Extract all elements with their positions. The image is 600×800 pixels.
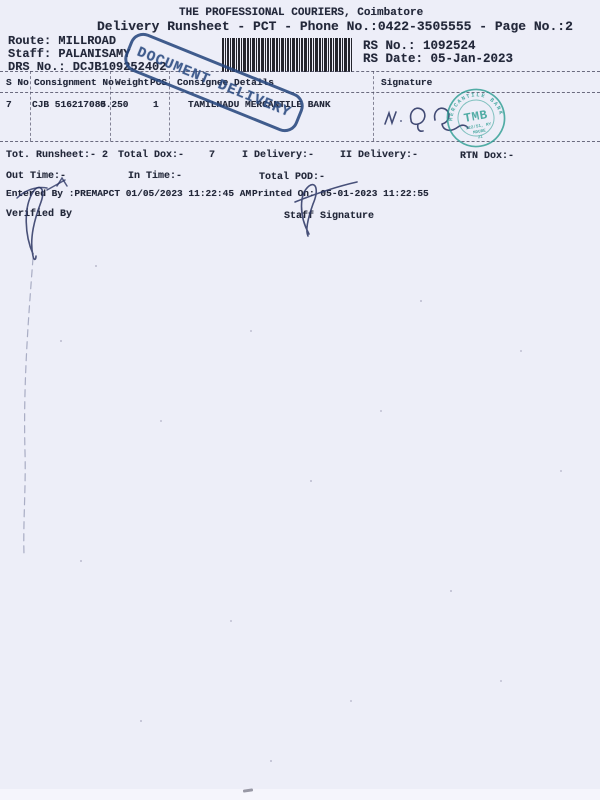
company-title: THE PROFESSIONAL COURIERS, Coimbatore xyxy=(179,7,423,19)
total-dox-label: Total Dox:- xyxy=(118,150,184,161)
scanned-delivery-runsheet: THE PROFESSIONAL COURIERS, Coimbatore De… xyxy=(0,0,600,800)
total-dox-value: 7 xyxy=(209,150,215,161)
col-header-weight: Weight xyxy=(115,78,149,88)
staff-signature-scribble xyxy=(283,178,373,240)
row-weight: 0.250 xyxy=(100,100,129,110)
ii-delivery: II Delivery:- xyxy=(340,150,418,161)
row-pcs: 1 xyxy=(153,100,159,110)
col-header-signature: Signature xyxy=(381,78,432,88)
col-header-consignment: Consignment No xyxy=(34,78,114,88)
row-consignment: CJB 516217085 xyxy=(32,100,106,110)
barcode xyxy=(222,38,352,72)
table-col-divider xyxy=(373,71,374,141)
verified-by-scribble xyxy=(3,172,83,562)
i-delivery: I Delivery:- xyxy=(242,150,314,161)
runsheet-subtitle: Delivery Runsheet - PCT - Phone No.:0422… xyxy=(97,20,573,34)
scan-speckles xyxy=(0,0,2,2)
col-header-sno: S No xyxy=(6,78,29,88)
table-header-rule xyxy=(0,92,600,93)
bank-round-stamp: MERCANTILE BANK TMB 122/51, RY MDURE 21 xyxy=(439,81,513,155)
rs-date-line: RS Date: 05-Jan-2023 xyxy=(363,53,513,67)
rtn-dox: RTN Dox:- xyxy=(460,151,514,162)
bank-stamp-line3: 21 xyxy=(478,136,484,141)
row-sno: 7 xyxy=(6,100,12,110)
in-time: In Time:- xyxy=(128,171,182,182)
scan-edge-strip xyxy=(0,789,600,800)
total-runsheet: Tot. Runsheet:- 2 xyxy=(6,150,108,161)
table-col-divider xyxy=(30,71,31,141)
table-top-rule xyxy=(0,71,600,72)
bank-stamp-line2: MDURE xyxy=(473,128,487,135)
